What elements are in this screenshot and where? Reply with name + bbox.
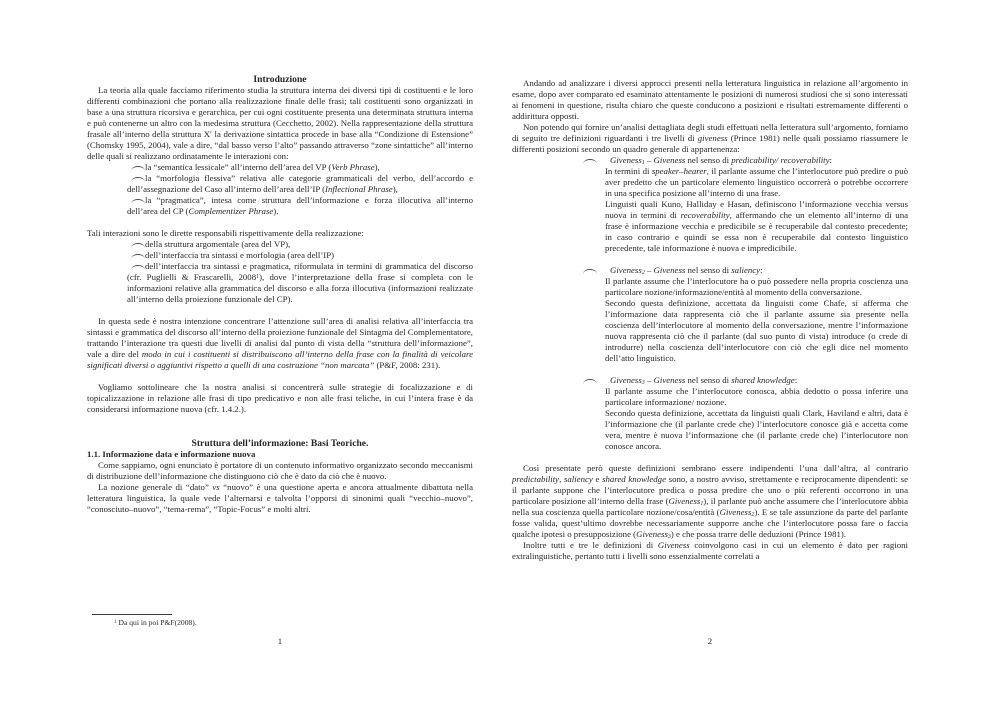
text-run: 1: [700, 501, 703, 507]
footnote: 1 Da qui in poi P&F(2008).: [87, 614, 197, 627]
text-run: Giveness: [610, 375, 642, 385]
text-run: Giveness: [720, 507, 752, 517]
paragraph: La teoria alla quale facciamo riferiment…: [87, 85, 473, 162]
list-item: la “pragmatica”, intesa come struttura d…: [127, 195, 473, 217]
giveness-heading: Giveness1 – Giveness nel senso di predic…: [605, 155, 908, 166]
arc-bullet-icon: [131, 177, 145, 183]
subsection-heading: 1.1. Informazione data e informazione nu…: [87, 449, 473, 460]
text-run: saliency: [731, 265, 760, 275]
text-run: predictability: [512, 474, 559, 484]
text-run: 2: [751, 512, 754, 518]
footnote-body: Da qui in poi P&F(2008).: [117, 618, 197, 627]
section-heading: Struttura dell’informazione: Basi Teoric…: [87, 438, 473, 449]
arc-bullet-icon: [131, 265, 145, 271]
giveness-paragraph: Secondo questa definizione, accettata da…: [605, 298, 908, 364]
page-2-content: Andando ad analizzare i diversi approcci…: [512, 78, 908, 562]
list-item: la “morfologia flessiva” relativa alle c…: [127, 173, 473, 195]
arc-bullet-icon: [131, 199, 145, 205]
paragraph: Non potendo qui fornire un’analisi detta…: [512, 122, 908, 155]
giveness-paragraph: Linguisti quali Kuno, Halliday e Hasan, …: [605, 199, 908, 254]
text-run: 1: [642, 160, 645, 166]
text-run: 2: [642, 270, 645, 276]
text-run: Giveness: [658, 540, 690, 550]
page-1: IntroduzioneLa teoria alla quale facciam…: [87, 0, 473, 701]
text-run: Giveness: [669, 496, 701, 506]
footnote-rule: [92, 614, 172, 615]
paragraph: Come sappiamo, ogni enunciato è portator…: [87, 460, 473, 482]
text-run: Verb Phrase: [331, 162, 374, 172]
footnote-text: 1 Da qui in poi P&F(2008).: [87, 618, 197, 627]
text-run: Giveness: [654, 155, 686, 165]
list-item: dell’interfaccia tra sintassi e morfolog…: [127, 250, 473, 261]
text-run: modo in cui i costituenti si distribuisc…: [87, 349, 473, 370]
arc-bullet-icon: [583, 379, 597, 385]
paragraph: Vogliamo sottolineare che la nostra anal…: [87, 382, 473, 415]
text-run: 3: [668, 534, 671, 540]
giveness-paragraph: Secondo questa definizione, accettata da…: [605, 408, 908, 452]
text-run: speaker–hearer: [652, 166, 707, 176]
list-item: dell’interfaccia tra sintassi e pragmati…: [127, 261, 473, 305]
giveness-paragraph: In termini di speaker–hearer, il parlant…: [605, 166, 908, 199]
giveness-item: Giveness3 – Giveness nel senso di shared…: [605, 375, 908, 452]
page-number-right: 2: [512, 636, 908, 646]
text-run: Giveness: [610, 265, 642, 275]
paragraph: Così presentate però queste definizioni …: [512, 463, 908, 540]
text-run: 1: [256, 274, 259, 280]
page-1-content: IntroduzioneLa teoria alla quale facciam…: [87, 74, 473, 515]
arc-bullet-icon: [583, 269, 597, 275]
text-run: Giveness: [654, 265, 686, 275]
giveness-paragraph: Il parlante assume che l’interlocutore c…: [605, 386, 908, 408]
paragraph: La nozione generale di “dato” vs “nuovo”…: [87, 482, 473, 515]
arc-bullet-icon: [131, 243, 145, 249]
giveness-heading: Giveness3 – Giveness nel senso di shared…: [605, 375, 908, 386]
text-run: Giveness: [610, 155, 642, 165]
text-run: vs: [212, 482, 219, 492]
arc-bullet-icon: [583, 159, 597, 165]
text-run: shared knowledge: [602, 474, 666, 484]
text-run: recoverability: [681, 210, 730, 220]
text-run: Complementizer Phrase: [188, 206, 273, 216]
footnote-marker: 1: [114, 619, 117, 625]
section-heading: Introduzione: [87, 74, 473, 85]
paragraph: Tali interazioni sono le dirette respons…: [87, 228, 473, 239]
page-number-left: 1: [87, 636, 473, 646]
giveness-item: Giveness2 – Giveness nel senso di salien…: [605, 265, 908, 364]
giveness-item: Giveness1 – Giveness nel senso di predic…: [605, 155, 908, 254]
paragraph: Andando ad analizzare i diversi approcci…: [512, 78, 908, 122]
text-run: Giveness: [636, 529, 668, 539]
giveness-heading: Giveness2 – Giveness nel senso di salien…: [605, 265, 908, 276]
text-run: giveness: [698, 133, 728, 143]
paragraph: Inoltre tutti e tre le definizioni di Gi…: [512, 540, 908, 562]
list-item: la “semantica lessicale” all’interno del…: [127, 162, 473, 173]
text-run: Inflectional Phrase: [325, 184, 393, 194]
text-run: shared knowledge: [731, 375, 794, 385]
text-run: Struttura dell’informazione: Basi Teoric…: [192, 438, 369, 449]
text-run: 3: [642, 380, 645, 386]
text-run: predicability/ recoverability: [731, 155, 829, 165]
paragraph: In questa sede è nostra intenzione conce…: [87, 316, 473, 371]
list-item: della struttura argomentale (area del VP…: [127, 239, 473, 250]
page-2: Andando ad analizzare i diversi approcci…: [512, 0, 908, 701]
arc-bullet-icon: [131, 254, 145, 260]
text-run: Giveness: [654, 375, 686, 385]
text-run: saliency: [564, 474, 593, 484]
giveness-paragraph: Il parlante assume che l’interlocutore h…: [605, 276, 908, 298]
text-run: 1.1. Informazione data e informazione nu…: [87, 449, 255, 459]
text-run: Introduzione: [253, 74, 306, 85]
arc-bullet-icon: [131, 166, 145, 172]
document-canvas: IntroduzioneLa teoria alla quale facciam…: [0, 0, 992, 701]
